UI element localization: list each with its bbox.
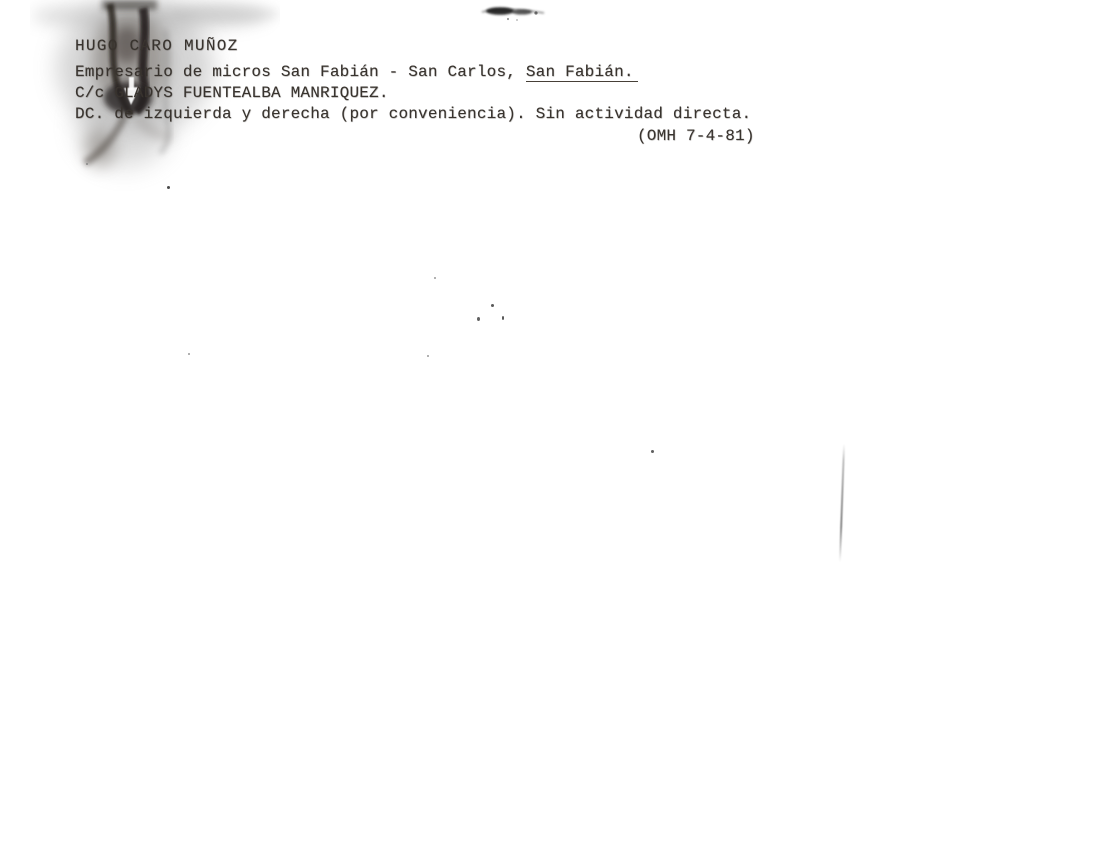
top-edge-smudge-icon (478, 3, 550, 25)
paper-speck (491, 304, 494, 307)
paper-speck (477, 317, 480, 321)
paper-speck (502, 316, 504, 320)
paper-speck (188, 353, 190, 355)
occupation-line: Empresario de micros San Fabián - San Ca… (75, 62, 638, 82)
reference-code: (OMH 7-4-81) (637, 126, 755, 146)
paper-speck (167, 186, 170, 189)
paper-speck (651, 450, 654, 453)
note-line: DC. de izquierda y derecha (por convenie… (75, 104, 751, 124)
cc-line: C/c GLADYS FUENTEALBA MANRIQUEZ. (75, 83, 389, 103)
underlined-place-name: San Fabián. (526, 63, 638, 82)
paper-speck (86, 163, 88, 165)
paper-speck (434, 277, 436, 279)
paper-speck (427, 355, 429, 357)
scanned-document-page: HUGO CARO MUÑOZ Empresario de micros San… (0, 0, 1100, 850)
faint-vertical-scan-line (839, 444, 845, 562)
person-name-line: HUGO CARO MUÑOZ (75, 36, 239, 56)
occupation-text: Empresario de micros San Fabián - San Ca… (75, 63, 526, 81)
